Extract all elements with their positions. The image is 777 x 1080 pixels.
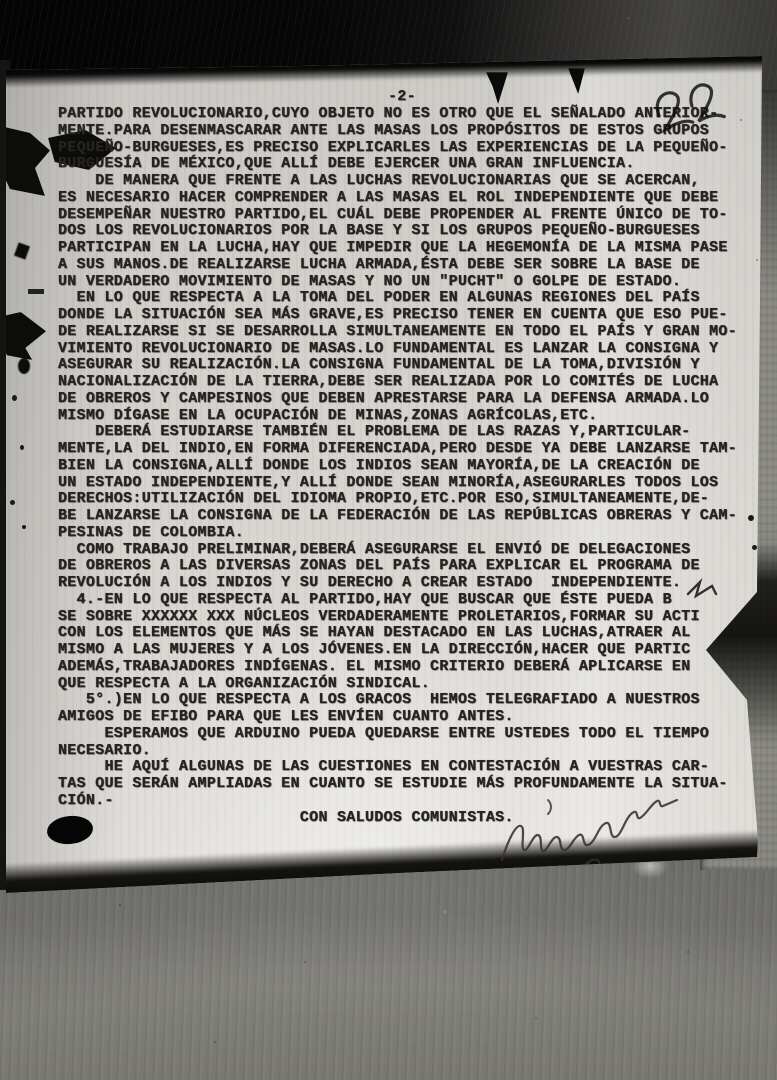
ink-blot xyxy=(18,358,30,374)
document-line: DEBERÁ ESTUDIARSE TAMBIÉN EL PROBLEMA DE… xyxy=(58,424,763,441)
document-line: NACIONALIZACIÓN DE LA TIERRA,DEBE SER RE… xyxy=(58,374,763,391)
document-line: PESINAS DE COLOMBIA. xyxy=(58,525,763,542)
document-line: MISMO A LAS MUJERES Y A LOS JÓVENES.EN L… xyxy=(58,642,763,659)
document-line: QUE RESPECTA A LA ORGANIZACIÓN SINDICAL. xyxy=(58,676,763,693)
document-line: ESPERAMOS QUE ARDUINO PUEDA QUEDARSE ENT… xyxy=(58,726,763,743)
handwritten-check-mark xyxy=(686,578,720,604)
document-line: MISMO DÍGASE EN LA OCUPACIÓN DE MINAS,ZO… xyxy=(58,408,763,425)
speck xyxy=(20,445,24,450)
speck xyxy=(10,500,15,505)
document-line: DOS LOS REVOLUCIONARIOS POR LA BASE Y SI… xyxy=(58,223,763,240)
torn-edge-drip xyxy=(568,68,585,94)
document-line: PARTICIPAN EN LA LUCHA,HAY QUE IMPEDIR Q… xyxy=(58,240,763,257)
speck xyxy=(22,525,26,529)
document-line: A SUS MANOS.DE REALIZARSE LUCHA ARMADA,É… xyxy=(58,257,763,274)
document-line: MENTE,LA DEL INDIO,EN FORMA DIFERENCIADA… xyxy=(58,441,763,458)
ink-blot xyxy=(14,242,30,259)
document-line: 5°.)EN LO QUE RESPECTA A LOS GRACOS HEMO… xyxy=(58,692,763,709)
document-line: ADEMÁS,TRABAJADORES INDÍGENAS. EL MISMO … xyxy=(58,659,763,676)
ink-blot xyxy=(0,312,46,360)
document-line: BIEN LA CONSIGNA,ALLÍ DONDE LOS INDIOS S… xyxy=(58,458,763,475)
torn-edge-drip xyxy=(486,72,508,104)
document-line: NECESARIO. xyxy=(58,743,763,760)
document-line: COMO TRABAJO PRELIMINAR,DEBERÁ ASEGURARS… xyxy=(58,542,763,559)
document-line: EN LO QUE RESPECTA A LA TOMA DEL PODER E… xyxy=(58,290,763,307)
document-line: ES NECESARIO HACER COMPRENDER A LAS MASA… xyxy=(58,190,763,207)
ink-dash xyxy=(28,289,44,294)
document-line: BE LANZARSE LA CONSIGNA DE LA FEDERACIÓN… xyxy=(58,508,763,525)
document-text: PARTIDO REVOLUCIONARIO,CUYO OBJETO NO ES… xyxy=(58,106,763,826)
photograph: -2- PARTIDO REVOLUCIONARIO,CUYO OBJETO N… xyxy=(0,0,777,1080)
document-line: UN ESTADO INDEPENDIENTE,Y ALLÍ DONDE SEA… xyxy=(58,475,763,492)
document-line: REVOLUCIÓN A LOS INDIOS Y SU DERECHO A C… xyxy=(58,575,763,592)
document-line: HE AQUÍ ALGUNAS DE LAS CUESTIONES EN CON… xyxy=(58,759,763,776)
document-line: VIMIENTO REVOLUCIONARIO DE MASAS.LO FUND… xyxy=(58,341,763,358)
document-line: ASEGURAR SU REALIZACIÓN.LA CONSIGNA FUND… xyxy=(58,357,763,374)
document-line: UN VERDADERO MOVIMIENTO DE MASAS Y NO UN… xyxy=(58,274,763,291)
speck xyxy=(12,395,17,401)
document-line: BURGUESÍA DE MÉXICO,QUE ALLÍ DEBE EJERCE… xyxy=(58,156,763,173)
document-line: 4.-EN LO QUE RESPECTA AL PARTIDO,HAY QUE… xyxy=(58,592,763,609)
document-line: CON LOS ELEMENTOS QUE MÁS SE HAYAN DESTA… xyxy=(58,625,763,642)
document-line: DESEMPEÑAR NUESTRO PARTIDO,EL CUÁL DEBE … xyxy=(58,207,763,224)
document-line: DE MANERA QUE FRENTE A LAS LUCHAS REVOLU… xyxy=(58,173,763,190)
document-line: DE OBREROS Y CAMPESINOS QUE DEBEN APREST… xyxy=(58,391,763,408)
document-line: DONDE LA SITUACIÓN SEA MÁS GRAVE,ES PREC… xyxy=(58,307,763,324)
document-line: AMIGOS DE EFIBO PARA QUE LES ENVÍEN CUAN… xyxy=(58,709,763,726)
document-line: DE OBREROS A LAS DIVERSAS ZONAS DEL PAÍS… xyxy=(58,558,763,575)
page-number: -2- xyxy=(388,88,416,105)
ink-blot xyxy=(0,126,50,196)
document-line: SE SOBRE XXXXXX XXX NÚCLEOS VERDADERAMEN… xyxy=(58,609,763,626)
document-line: DE REALIZARSE SI SE DESARROLLA SIMULTANE… xyxy=(58,324,763,341)
document-line: DERECHOS:UTILIZACIÓN DEL IDIOMA PROPIO,E… xyxy=(58,491,763,508)
